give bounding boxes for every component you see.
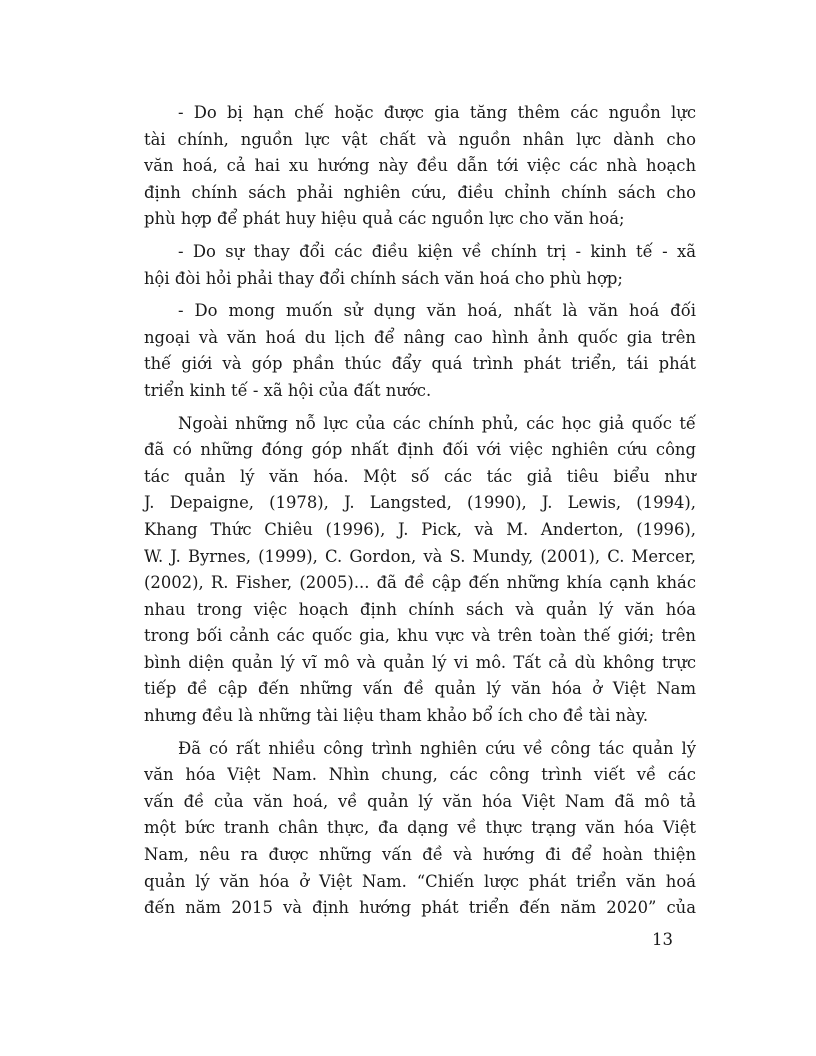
text-line: tài chính, nguồn lực vật chất và nguồn n… — [144, 127, 696, 154]
text-line: định chính sách phải nghiên cứu, điều ch… — [144, 180, 696, 207]
text-line: Ngoài những nỗ lực của các chính phủ, cá… — [144, 411, 696, 438]
text-line: (2002), R. Fisher, (2005)... đã đề cập đ… — [144, 570, 696, 597]
text-line: một bức tranh chân thực, đa dạng về thực… — [144, 815, 696, 842]
text-line: nhau trong việc hoạch định chính sách và… — [144, 597, 696, 624]
paragraph-international-scholars: Ngoài những nỗ lực của các chính phủ, cá… — [144, 411, 696, 730]
text-line: - Do bị hạn chế hoặc được gia tăng thêm … — [144, 100, 696, 127]
text-line: đã có những đóng góp nhất định đối với v… — [144, 437, 696, 464]
document-page: - Do bị hạn chế hoặc được gia tăng thêm … — [144, 100, 696, 928]
text-line: triển kinh tế - xã hội của đất nước. — [144, 378, 696, 405]
page-number: 13 — [652, 930, 673, 949]
text-line: trong bối cảnh các quốc gia, khu vực và … — [144, 623, 696, 650]
text-line: quản lý văn hóa ở Việt Nam. “Chiến lược … — [144, 869, 696, 896]
text-line: - Do sự thay đổi các điều kiện về chính … — [144, 239, 696, 266]
text-line: Đã có rất nhiều công trình nghiên cứu về… — [144, 736, 696, 763]
text-line: phù hợp để phát huy hiệu quả các nguồn l… — [144, 206, 696, 233]
text-line: Khang Thức Chiêu (1996), J. Pick, và M. … — [144, 517, 696, 544]
text-line: W. J. Byrnes, (1999), C. Gordon, và S. M… — [144, 544, 696, 571]
bullet-paragraph-politics: - Do sự thay đổi các điều kiện về chính … — [144, 239, 696, 292]
text-line: bình diện quản lý vĩ mô và quản lý vi mô… — [144, 650, 696, 677]
text-line: - Do mong muốn sử dụng văn hoá, nhất là … — [144, 298, 696, 325]
text-line: tiếp đề cập đến những vấn đề quản lý văn… — [144, 676, 696, 703]
text-line: đến năm 2015 và định hướng phát triển đế… — [144, 895, 696, 922]
text-line: J. Depaigne, (1978), J. Langsted, (1990)… — [144, 490, 696, 517]
bullet-paragraph-resources: - Do bị hạn chế hoặc được gia tăng thêm … — [144, 100, 696, 233]
text-line: hội đòi hỏi phải thay đổi chính sách văn… — [144, 266, 696, 293]
text-line: văn hoá, cả hai xu hướng này đều dẫn tới… — [144, 153, 696, 180]
text-line: vấn đề của văn hoá, về quản lý văn hóa V… — [144, 789, 696, 816]
text-line: nhưng đều là những tài liệu tham khảo bổ… — [144, 703, 696, 730]
text-line: văn hóa Việt Nam. Nhìn chung, các công t… — [144, 762, 696, 789]
text-line: ngoại và văn hoá du lịch để nâng cao hìn… — [144, 325, 696, 352]
paragraph-vietnam-research: Đã có rất nhiều công trình nghiên cứu về… — [144, 736, 696, 922]
text-line: thế giới và góp phần thúc đẩy quá trình … — [144, 351, 696, 378]
bullet-paragraph-image: - Do mong muốn sử dụng văn hoá, nhất là … — [144, 298, 696, 404]
text-line: tác quản lý văn hóa. Một số các tác giả … — [144, 464, 696, 491]
text-line: Nam, nêu ra được những vấn đề và hướng đ… — [144, 842, 696, 869]
